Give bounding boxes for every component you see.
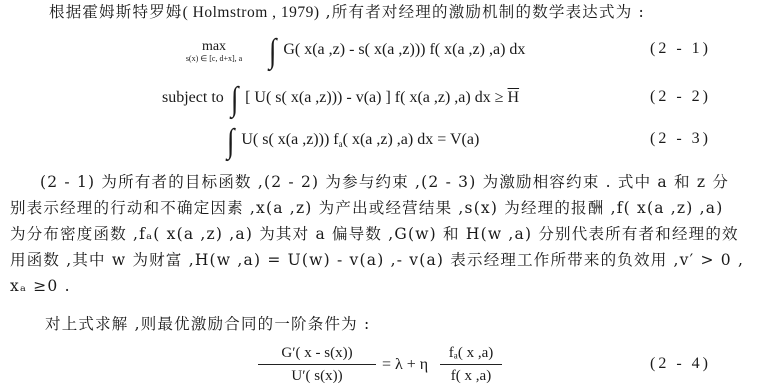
equation-2-2: subject to ∫ [ U( s( x(a ,z))) - v(a) ] … — [162, 88, 519, 110]
equation-body: G( x(a ,z) - s( x(a ,z))) f( x(a ,z) ,a)… — [283, 41, 525, 58]
max-word: max — [162, 40, 266, 54]
equation-2-3: ∫ U( s( x(a ,z))) fa( x(a ,z) ,a) dx = V… — [224, 130, 479, 154]
integral-sign: ∫ — [231, 90, 238, 110]
equation-number: (2 - 3) — [650, 130, 711, 148]
paragraph-line: 对上式求解 ,则最优激励合同的一阶条件为 : — [45, 314, 370, 334]
equation-2-1: ∫ G( x(a ,z) - s( x(a ,z))) f( x(a ,z) ,… — [266, 40, 525, 62]
denominator: f( x ,a) — [440, 365, 502, 385]
equation-body: [ U( s( x(a ,z))) - v(a) ] f( x(a ,z) ,a… — [245, 89, 507, 106]
paragraph-line: 别表示经理的行动和不确定因素 ,x(a ,z) 为产出或经营结果 ,s(x) 为… — [10, 198, 723, 218]
intro-paragraph: 根据霍姆斯特罗姆( Holmstrom , 1979) ,所有者对经理的激励机制… — [49, 2, 645, 23]
equation-rhs: H — [508, 89, 520, 106]
intro-text-rest: ,所有者对经理的激励机制的数学表达式为 : — [320, 3, 645, 21]
max-subscript: s(x) ∈ [c, d+x], a — [162, 54, 266, 64]
integral-sign: ∫ — [227, 132, 234, 152]
numerator: fₐ( x ,a) — [440, 344, 502, 365]
subject-to-label: subject to — [162, 89, 224, 106]
paragraph-line: 为分布密度函数 ,fₐ( x(a ,z) ,a) 为其对 a 偏导数 ,G(w)… — [10, 224, 739, 244]
max-operator: max s(x) ∈ [c, d+x], a — [162, 40, 266, 64]
denominator: U′( s(x)) — [258, 365, 376, 385]
equation-body: U( s( x(a ,z))) f — [241, 131, 338, 148]
equation-number: (2 - 4) — [650, 355, 711, 373]
equation-body-rest: ( x(a ,z) ,a) dx = V(a) — [343, 131, 480, 148]
citation: ( Holmstrom , 1979) — [183, 4, 320, 21]
numerator: G′( x - s(x)) — [258, 344, 376, 365]
rhs-fraction: fₐ( x ,a) f( x ,a) — [440, 344, 502, 385]
paragraph-line: xₐ ≥0 . — [10, 276, 71, 296]
equation-number: (2 - 1) — [650, 40, 711, 58]
intro-text: 根据霍姆斯特罗姆 — [49, 3, 183, 21]
equation-middle: = λ + η — [382, 355, 428, 375]
paragraph-line: 用函数 ,其中 w 为财富 ,H(w ,a) = U(w) - v(a) ,- … — [10, 250, 744, 270]
lhs-fraction: G′( x - s(x)) U′( s(x)) — [258, 344, 376, 385]
equation-number: (2 - 2) — [650, 88, 711, 106]
integral-sign: ∫ — [269, 42, 276, 62]
paragraph-line: (2 - 1) 为所有者的目标函数 ,(2 - 2) 为参与约束 ,(2 - 3… — [40, 172, 729, 192]
